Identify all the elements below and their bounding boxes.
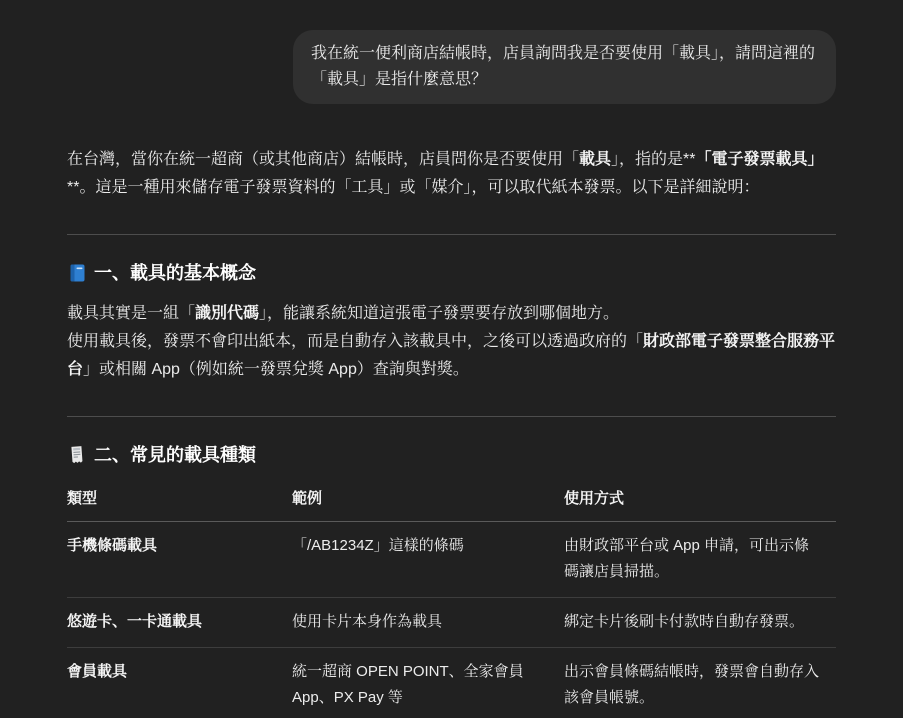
carrier-types-table: 類型 範例 使用方式 手機條碼載具 「/AB1234Z」這樣的條碼 由財政部平台… xyxy=(67,482,836,718)
cell-type: 手機條碼載具 xyxy=(67,522,292,598)
intro-text: **。這是一種用來儲存電子發票資料的「工具」或「媒介」，可以取代紙本發票。以下是… xyxy=(67,179,759,196)
column-header-example: 範例 xyxy=(292,482,564,522)
cell-usage: 綁定卡片後刷卡付款時自動存發票。 xyxy=(564,598,836,648)
intro-bold-einvoice-carrier: 「電子發票載具」 xyxy=(696,151,824,168)
intro-bold-carrier: 載具 xyxy=(579,151,611,168)
section1-bold-id-code: 識別代碼 xyxy=(195,305,259,322)
assistant-message: 在台灣，當你在統一超商（或其他商店）結帳時，店員問你是否要使用「載具」，指的是*… xyxy=(67,146,836,718)
table-row-membership: 會員載具 統一超商 OPEN POINT、全家會員 App、PX Pay 等 出… xyxy=(67,648,836,718)
cell-example: 「/AB1234Z」這樣的條碼 xyxy=(292,522,564,598)
section1-text: 使用載具後，發票不會印出紙本，而是自動存入該載具中，之後可以透過政府的「 xyxy=(67,333,643,350)
table-header-row: 類型 範例 使用方式 xyxy=(67,482,836,522)
user-message-row: 我在統一便利商店結帳時，店員詢問我是否要使用「載具」，請問這裡的「載具」是指什麼… xyxy=(67,30,836,104)
table-row-mobile-barcode: 手機條碼載具 「/AB1234Z」這樣的條碼 由財政部平台或 App 申請，可出… xyxy=(67,522,836,598)
table-row-easycard: 悠遊卡、一卡通載具 使用卡片本身作為載具 綁定卡片後刷卡付款時自動存發票。 xyxy=(67,598,836,648)
cell-type: 會員載具 xyxy=(67,648,292,718)
user-message-bubble: 我在統一便利商店結帳時，店員詢問我是否要使用「載具」，請問這裡的「載具」是指什麼… xyxy=(293,30,836,104)
section2-heading: 二、常見的載具種類 xyxy=(67,441,836,469)
receipt-icon xyxy=(67,445,87,465)
user-message-text: 我在統一便利商店結帳時，店員詢問我是否要使用「載具」，請問這裡的「載具」是指什麼… xyxy=(311,45,815,88)
section2-title: 二、常見的載具種類 xyxy=(94,441,256,469)
section1-text: 」，能讓系統知道這張電子發票要存放到哪個地方。 xyxy=(259,305,619,322)
section1-text: 載具其實是一組「 xyxy=(67,305,195,322)
cell-usage: 由財政部平台或 App 申請，可出示條碼讓店員掃描。 xyxy=(564,522,836,598)
section1-paragraph: 載具其實是一組「識別代碼」，能讓系統知道這張電子發票要存放到哪個地方。使用載具後… xyxy=(67,300,836,384)
intro-text: 」，指的是** xyxy=(611,151,695,168)
cell-example: 使用卡片本身作為載具 xyxy=(292,598,564,648)
intro-text: 在台灣，當你在統一超商（或其他商店）結帳時，店員問你是否要使用「 xyxy=(67,151,579,168)
chat-page: 我在統一便利商店結帳時，店員詢問我是否要使用「載具」，請問這裡的「載具」是指什麼… xyxy=(67,0,836,718)
blue-book-icon xyxy=(67,263,87,283)
section-divider xyxy=(67,234,836,235)
section-divider xyxy=(67,416,836,417)
cell-usage: 出示會員條碼結帳時，發票會自動存入該會員帳號。 xyxy=(564,648,836,718)
cell-type: 悠遊卡、一卡通載具 xyxy=(67,598,292,648)
section1-heading: 一、載具的基本概念 xyxy=(67,259,836,287)
section1-title: 一、載具的基本概念 xyxy=(94,259,256,287)
section1-text: 」或相關 App（例如統一發票兌獎 App）查詢與對獎。 xyxy=(83,361,469,378)
column-header-usage: 使用方式 xyxy=(564,482,836,522)
cell-example: 統一超商 OPEN POINT、全家會員 App、PX Pay 等 xyxy=(292,648,564,718)
column-header-type: 類型 xyxy=(67,482,292,522)
intro-paragraph: 在台灣，當你在統一超商（或其他商店）結帳時，店員問你是否要使用「載具」，指的是*… xyxy=(67,146,836,202)
